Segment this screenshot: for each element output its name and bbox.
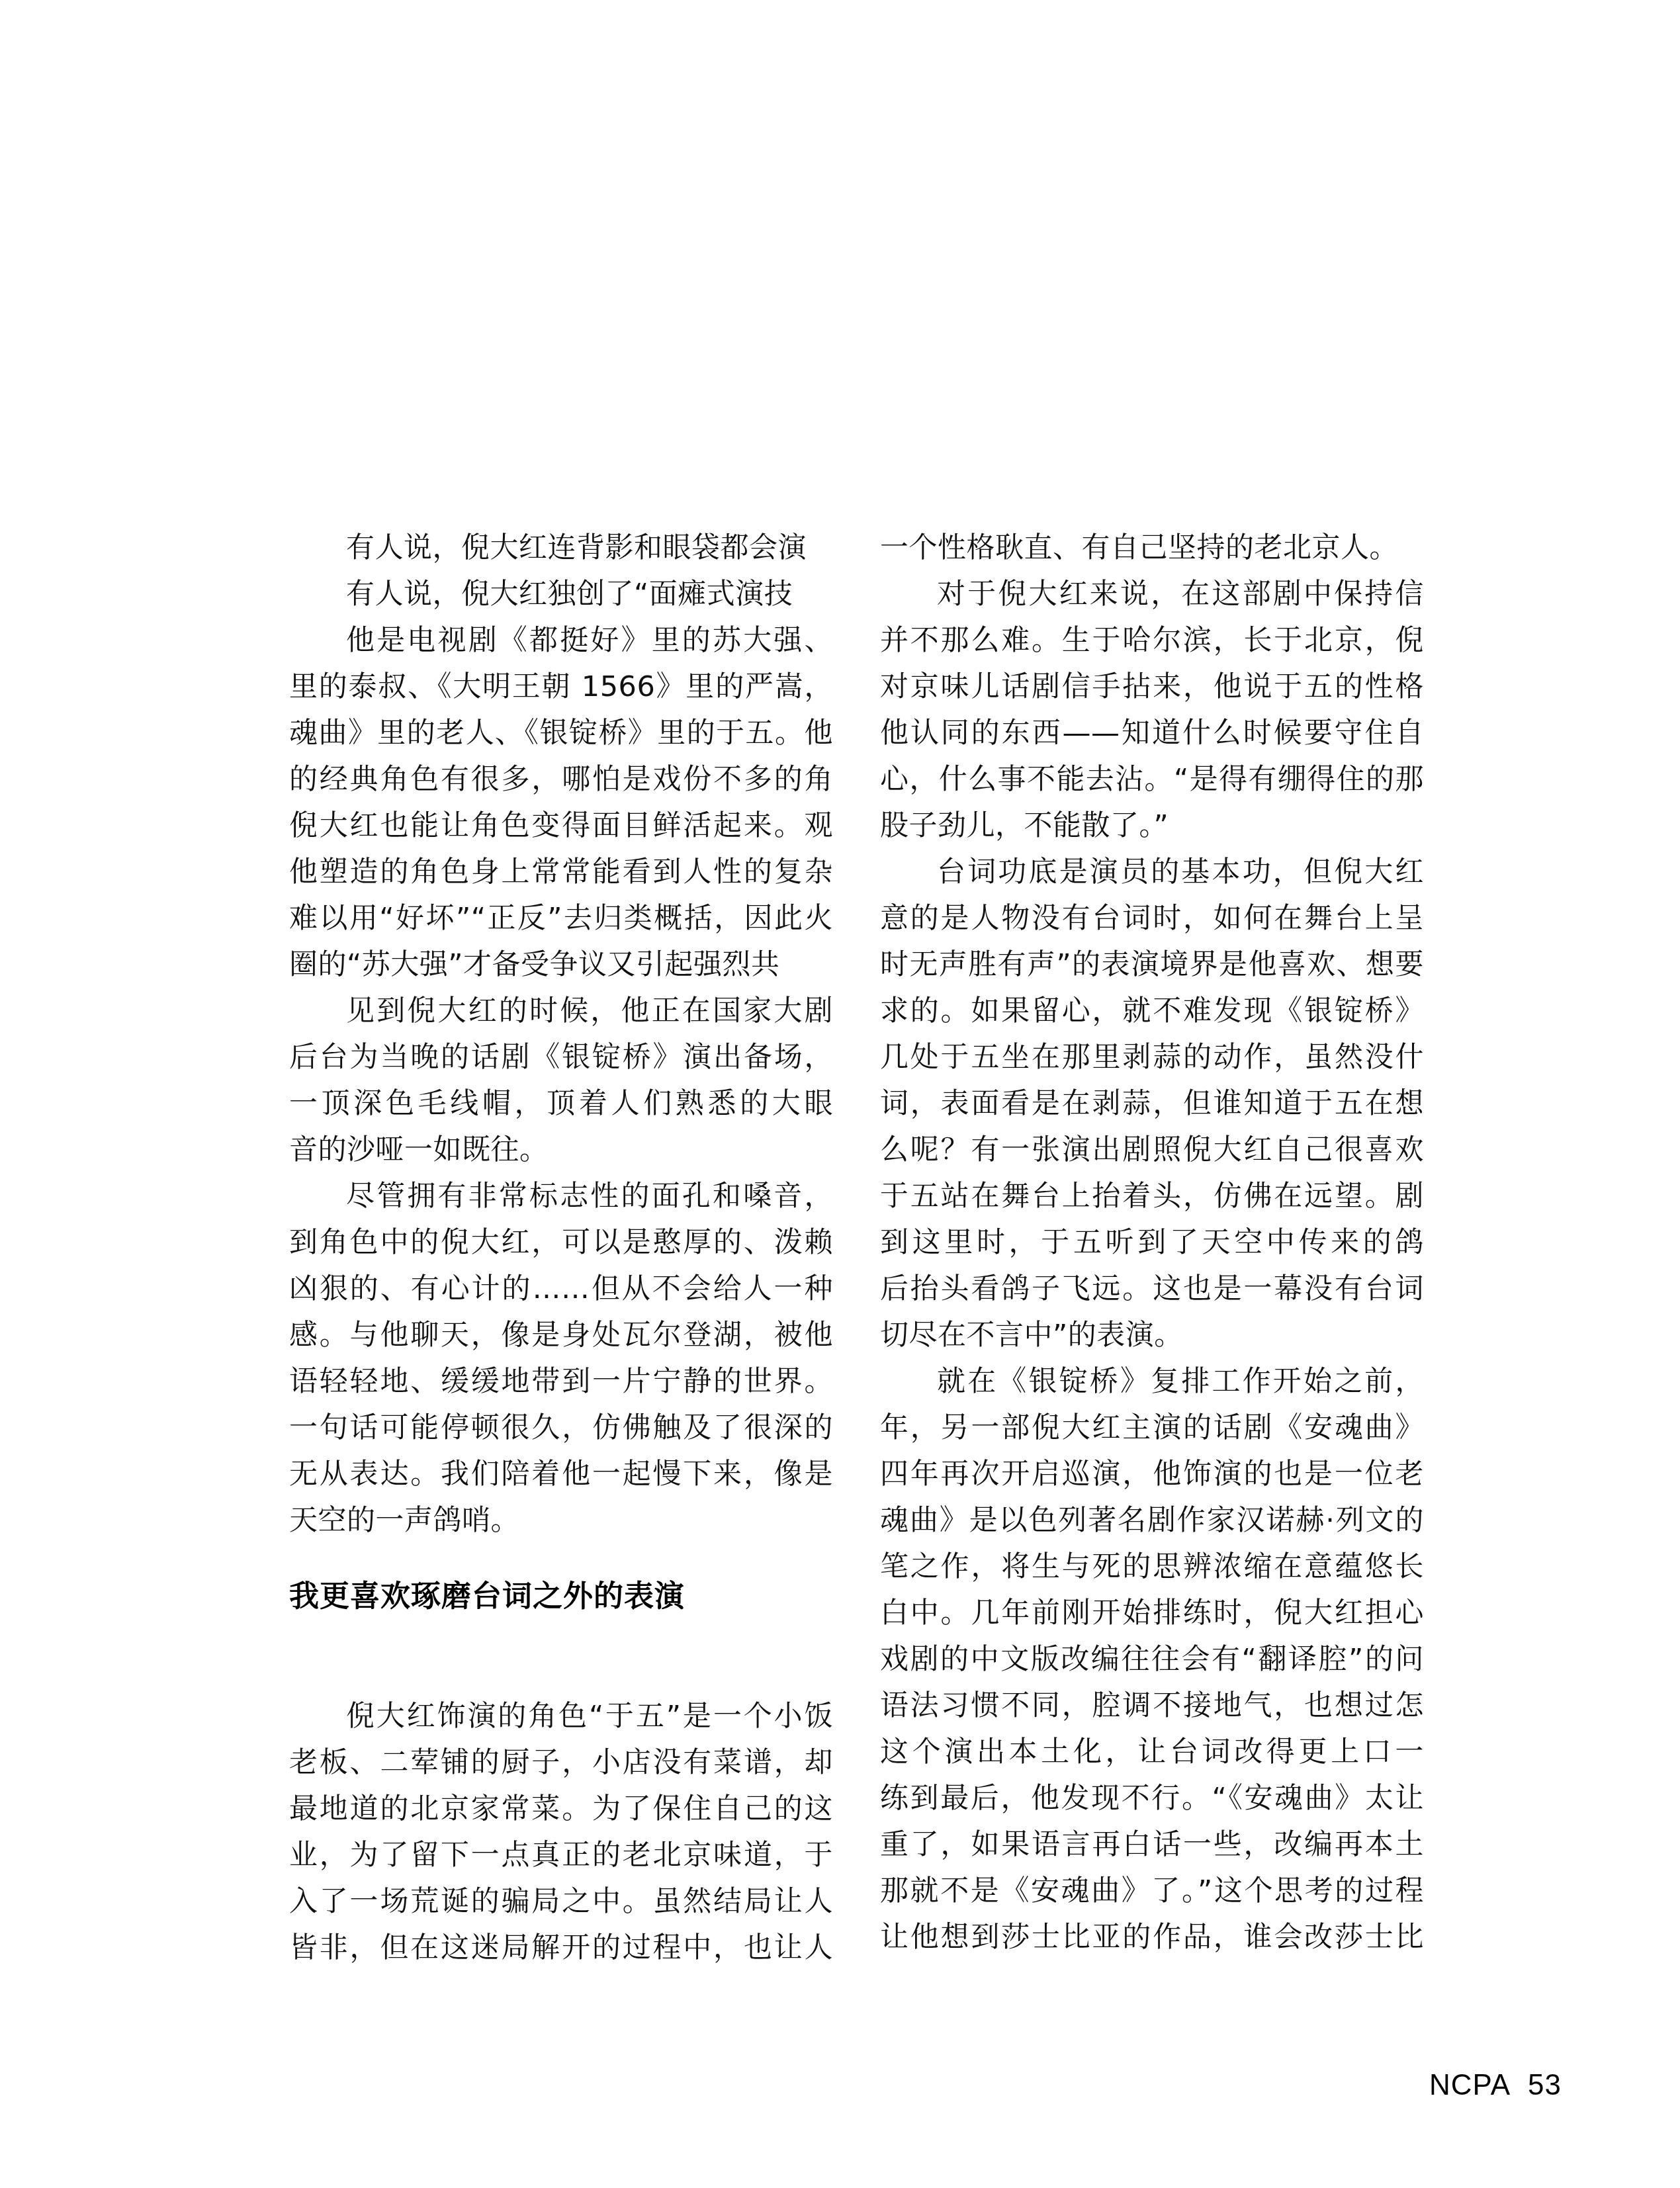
text-line: 股子劲儿，不能散了。” (880, 803, 1424, 849)
text-line: 词，表面看是在剥蒜，但谁知道于五在想些什 (880, 1080, 1424, 1127)
text-line: 有人说，倪大红独创了“面瘫式演技派”。 (289, 571, 833, 617)
text-line: 语轻轻地、缓缓地带到一片宁静的世界。他的 (289, 1358, 833, 1405)
text-line: 见到倪大红的时候，他正在国家大剧院的 (289, 988, 833, 1034)
text-line: 老板、二荤铺的厨子，小店没有菜谱，却做着 (289, 1739, 833, 1786)
text-line: 就在《银锭桥》复排工作开始之前，2023 (880, 1358, 1424, 1405)
text-line: 入了一场荒诞的骗局之中。虽然结局让人啼笑 (289, 1878, 833, 1925)
page-footer: NCPA53 (1429, 2070, 1562, 2101)
text-line: 语法习惯不同，腔调不接地气，也想过怎么让 (880, 1683, 1424, 1729)
text-line: 笔之作，将生与死的思辨浓缩在意蕴悠长的对 (880, 1544, 1424, 1590)
text-line: 一句话可能停顿很久，仿佛触及了很深的思考， (289, 1405, 833, 1451)
text-line: 求的。如果留心，就不难发现《银锭桥》里有 (880, 988, 1424, 1034)
text-line: 让他想到莎士比亚的作品，谁会改莎士比亚的 (880, 1914, 1424, 1960)
text-line: 并不那么难。生于哈尔滨，长于北京，倪大红 (880, 617, 1424, 664)
left-column-paragraph-block-1: 有人说，倪大红连背影和眼袋都会演戏。有人说，倪大红独创了“面瘫式演技派”。他是电… (289, 525, 833, 1544)
text-line: 对于倪大红来说，在这部剧中保持信念感 (880, 571, 1424, 617)
text-line: 他是电视剧《都挺好》里的苏大强、《狂飙》 (289, 617, 833, 664)
text-line: 年，另一部倪大红主演的话剧《安魂曲》时隔 (880, 1405, 1424, 1451)
text-line: 倪大红饰演的角色“于五”是一个小饭馆 (289, 1693, 833, 1739)
right-column-paragraph-block: 一个性格耿直、有自己坚持的老北京人。对于倪大红来说，在这部剧中保持信念感并不那么… (880, 525, 1424, 1960)
text-line: 魂曲》是以色列著名剧作家汉诺赫·列文的绝 (880, 1497, 1424, 1544)
text-line: 后台为当晚的话剧《银锭桥》演出备场，戴着 (289, 1034, 833, 1080)
journal-name: NCPA (1429, 2069, 1511, 2101)
text-line: 意的是人物没有台词时，如何在舞台上呈现，“此 (880, 895, 1424, 941)
text-line: 对京味儿话剧信手拈来，他说于五的性格里有 (880, 664, 1424, 710)
text-line: 尽管拥有非常标志性的面孔和嗓音，进入 (289, 1173, 833, 1219)
text-line: 白中。几年前刚开始排练时，倪大红担心外国 (880, 1590, 1424, 1636)
text-line: 心，什么事不能去沾。“是得有绷得住的那么一 (880, 756, 1424, 803)
text-line: 重了，如果语言再白话一些，改编再本土化一些， (880, 1821, 1424, 1868)
text-line: 到这里时，于五听到了天空中传来的鸽哨，然 (880, 1219, 1424, 1266)
text-line: 一顶深色毛线帽，顶着人们熟悉的大眼袋，嗓 (289, 1080, 833, 1127)
text-line: 戏剧的中文版改编往往会有“翻译腔”的问题， (880, 1636, 1424, 1683)
text-line: 练到最后，他发现不行。“《安魂曲》太让人敬 (880, 1775, 1424, 1821)
text-line: 魂曲》里的老人、《银锭桥》里的于五。他创造 (289, 710, 833, 756)
magazine-page: 有人说，倪大红连背影和眼袋都会演戏。有人说，倪大红独创了“面瘫式演技派”。他是电… (0, 0, 1680, 2188)
text-line: 最地道的北京家常菜。为了保住自己的这份祖 (289, 1786, 833, 1832)
text-line: 台词功底是演员的基本功，但倪大红更在 (880, 849, 1424, 895)
left-column-paragraph-block-2: 倪大红饰演的角色“于五”是一个小饭馆老板、二荤铺的厨子，小店没有菜谱，却做着最地… (289, 1693, 833, 1971)
text-line: 一个性格耿直、有自己坚持的老北京人。 (880, 525, 1424, 571)
text-line: 四年再次开启巡演，他饰演的也是一位老人。《安 (880, 1451, 1424, 1497)
text-line: 到角色中的倪大红，可以是憨厚的、泼赖的、 (289, 1219, 833, 1266)
text-line: 于五站在舞台上抬着头，仿佛在远望。剧中演 (880, 1173, 1424, 1219)
text-line: 的经典角色有很多，哪怕是戏份不多的角色， (289, 756, 833, 803)
text-line: 那就不是《安魂曲》了。”这个思考的过程常常 (880, 1868, 1424, 1914)
text-line: 切尽在不言中”的表演。 (880, 1312, 1424, 1358)
text-line: 无从表达。我们陪着他一起慢下来，像是在等 (289, 1451, 833, 1497)
text-line: 这个演出本土化，让台词改得更上口一些。排 (880, 1729, 1424, 1775)
section-heading: 我更喜欢琢磨台词之外的表演 (289, 1575, 833, 1618)
text-line: 有人说，倪大红连背影和眼袋都会演戏。 (289, 525, 833, 571)
text-line: 后抬头看鸽子飞远。这也是一幕没有台词却“一 (880, 1266, 1424, 1312)
text-line: 圈的“苏大强”才备受争议又引起强烈共鸣。 (289, 941, 833, 988)
text-line: 皆非，但在这迷局解开的过程中，也让人看到了 (289, 1925, 833, 1971)
text-line: 里的泰叔、《大明王朝 1566》里的严嵩，话剧《安 (289, 664, 833, 710)
text-line: 难以用“好坏”“正反”去归类概括，因此火出 (289, 895, 833, 941)
article-right-column: 一个性格耿直、有自己坚持的老北京人。对于倪大红来说，在这部剧中保持信念感并不那么… (880, 525, 1424, 1960)
text-line: 业，为了留下一点真正的老北京味道，于五卷 (289, 1832, 833, 1878)
text-line: 音的沙哑一如既往。 (289, 1127, 833, 1173)
text-line: 几处于五坐在那里剥蒜的动作，虽然没什么台 (880, 1034, 1424, 1080)
text-line: 他认同的东西——知道什么时候要守住自己的 (880, 710, 1424, 756)
article-left-column: 有人说，倪大红连背影和眼袋都会演戏。有人说，倪大红独创了“面瘫式演技派”。他是电… (289, 525, 833, 1971)
text-line: 天空的一声鸽哨。 (289, 1497, 833, 1544)
text-line: 感。与他聊天，像是身处瓦尔登湖，被他的话 (289, 1312, 833, 1358)
text-line: 倪大红也能让角色变得面目鲜活起来。观众从 (289, 803, 833, 849)
text-line: 凶狠的、有心计的……但从不会给人一种重复 (289, 1266, 833, 1312)
page-number: 53 (1528, 2069, 1562, 2101)
text-line: 时无声胜有声”的表演境界是他喜欢、想要追 (880, 941, 1424, 988)
text-line: 么呢？有一张演出剧照倪大红自己很喜欢—— (880, 1127, 1424, 1173)
text-line: 他塑造的角色身上常常能看到人性的复杂多面， (289, 849, 833, 895)
